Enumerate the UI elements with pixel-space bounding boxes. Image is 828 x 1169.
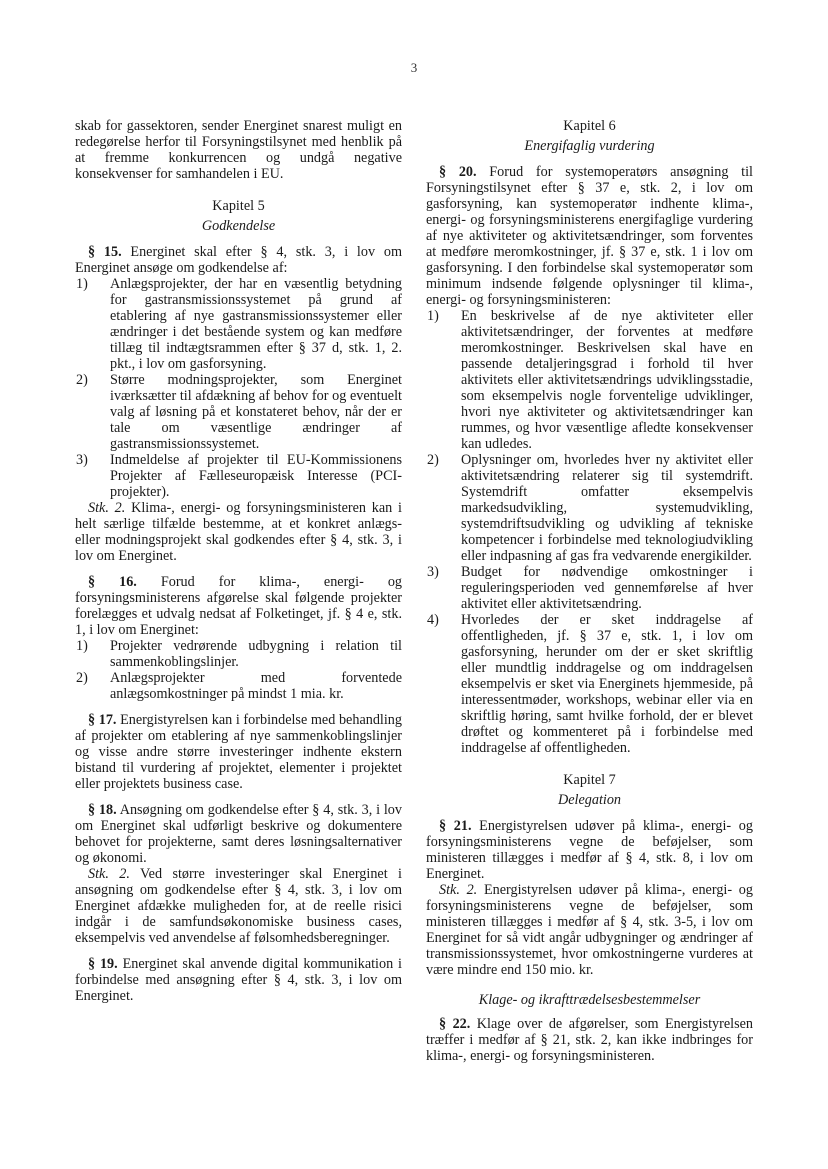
section-number: § 18.	[88, 802, 117, 818]
section-number: § 22.	[439, 1016, 470, 1032]
section-text: Energinet skal efter § 4, stk. 3, i lov …	[75, 244, 402, 276]
list-text: Oplysninger om, hvorledes hver ny aktivi…	[461, 452, 753, 564]
list-number: 1)	[76, 276, 88, 292]
list-text: Budget for nødvendige omkostninger i reg…	[461, 564, 753, 612]
section-20: § 20. Forud for systemoperatørs ansøgnin…	[426, 164, 753, 308]
section-15-list: 1)Anlægsprojekter, der har en væsentlig …	[75, 276, 402, 500]
list-item: 3)Indmeldelse af projekter til EU-Kommis…	[75, 452, 402, 500]
section-number: § 15.	[88, 244, 122, 260]
list-number: 1)	[427, 308, 439, 324]
stk-text: Klima-, energi- og forsyningsministeren …	[75, 500, 402, 564]
section-text: Klage over de afgørelser, som Energistyr…	[426, 1016, 753, 1064]
section-15-stk2: Stk. 2. Klima-, energi- og forsyningsmin…	[75, 500, 402, 564]
right-column: Kapitel 6 Energifaglig vurdering § 20. F…	[426, 118, 753, 1064]
chapter-heading: Kapitel 7	[426, 772, 753, 788]
stk-label: Stk. 2.	[439, 882, 477, 898]
section-21-stk2: Stk. 2. Energistyrelsen udøver på klima-…	[426, 882, 753, 978]
list-text: Anlægsprojekter, der har en væsentlig be…	[110, 276, 402, 372]
list-number: 1)	[76, 638, 88, 654]
stk-label: Stk. 2.	[88, 500, 125, 516]
list-text: Indmeldelse af projekter til EU-Kommissi…	[110, 452, 402, 500]
section-number: § 21.	[439, 818, 472, 834]
list-number: 2)	[76, 372, 88, 388]
chapter-title: Godkendelse	[75, 218, 402, 234]
list-text: Hvorledes der er sket inddragelse af off…	[461, 612, 753, 756]
list-text: Projekter vedrørende udbygning i relatio…	[110, 638, 402, 670]
list-text: Anlægsprojekter med forventede anlægsomk…	[110, 670, 402, 702]
left-column: skab for gassektoren, sender Energinet s…	[75, 118, 402, 1004]
continuation-paragraph: skab for gassektoren, sender Energinet s…	[75, 118, 402, 182]
chapter-title: Delegation	[426, 792, 753, 808]
list-number: 3)	[76, 452, 88, 468]
section-22: § 22. Klage over de afgørelser, som Ener…	[426, 1016, 753, 1064]
section-number: § 19.	[88, 956, 118, 972]
list-number: 2)	[427, 452, 439, 468]
section-heading: Klage- og ikrafttrædelsesbestemmelser	[426, 992, 753, 1008]
list-item: 4)Hvorledes der er sket inddragelse af o…	[426, 612, 753, 756]
list-item: 1)Anlægsprojekter, der har en væsentlig …	[75, 276, 402, 372]
section-15: § 15. Energinet skal efter § 4, stk. 3, …	[75, 244, 402, 276]
section-text: Energistyrelsen udøver på klima-, energi…	[426, 818, 753, 882]
section-number: § 20.	[439, 164, 477, 180]
stk-label: Stk. 2.	[88, 866, 130, 882]
list-item: 3)Budget for nødvendige omkostninger i r…	[426, 564, 753, 612]
list-number: 4)	[427, 612, 439, 628]
section-21: § 21. Energistyrelsen udøver på klima-, …	[426, 818, 753, 882]
section-18: § 18. Ansøgning om godkendelse efter § 4…	[75, 802, 402, 866]
chapter-title: Energifaglig vurdering	[426, 138, 753, 154]
section-text: Energistyrelsen kan i forbindelse med be…	[75, 712, 402, 792]
section-text: Energinet skal anvende digital kommunika…	[75, 956, 402, 1004]
section-16: § 16. Forud for klima-, energi- og forsy…	[75, 574, 402, 638]
list-item: 2)Anlægsprojekter med forventede anlægso…	[75, 670, 402, 702]
section-20-list: 1)En beskrivelse af de nye aktiviteter e…	[426, 308, 753, 756]
section-17: § 17. Energistyrelsen kan i forbindelse …	[75, 712, 402, 792]
section-number: § 17.	[88, 712, 116, 728]
list-text: En beskrivelse af de nye aktiviteter ell…	[461, 308, 753, 452]
section-text: Ansøgning om godkendelse efter § 4, stk.…	[75, 802, 402, 866]
list-item: 2)Oplysninger om, hvorledes hver ny akti…	[426, 452, 753, 564]
section-text: Forud for systemoperatørs ansøgning til …	[426, 164, 753, 308]
list-item: 1)En beskrivelse af de nye aktiviteter e…	[426, 308, 753, 452]
page-number: 3	[0, 60, 828, 76]
list-number: 3)	[427, 564, 439, 580]
list-item: 1)Projekter vedrørende udbygning i relat…	[75, 638, 402, 670]
chapter-heading: Kapitel 5	[75, 198, 402, 214]
section-number: § 16.	[88, 574, 137, 590]
section-16-list: 1)Projekter vedrørende udbygning i relat…	[75, 638, 402, 702]
list-number: 2)	[76, 670, 88, 686]
list-item: 2)Større modningsprojekter, som Energine…	[75, 372, 402, 452]
section-18-stk2: Stk. 2. Ved større investeringer skal En…	[75, 866, 402, 946]
section-19: § 19. Energinet skal anvende digital kom…	[75, 956, 402, 1004]
list-text: Større modningsprojekter, som Energinet …	[110, 372, 402, 452]
chapter-heading: Kapitel 6	[426, 118, 753, 134]
